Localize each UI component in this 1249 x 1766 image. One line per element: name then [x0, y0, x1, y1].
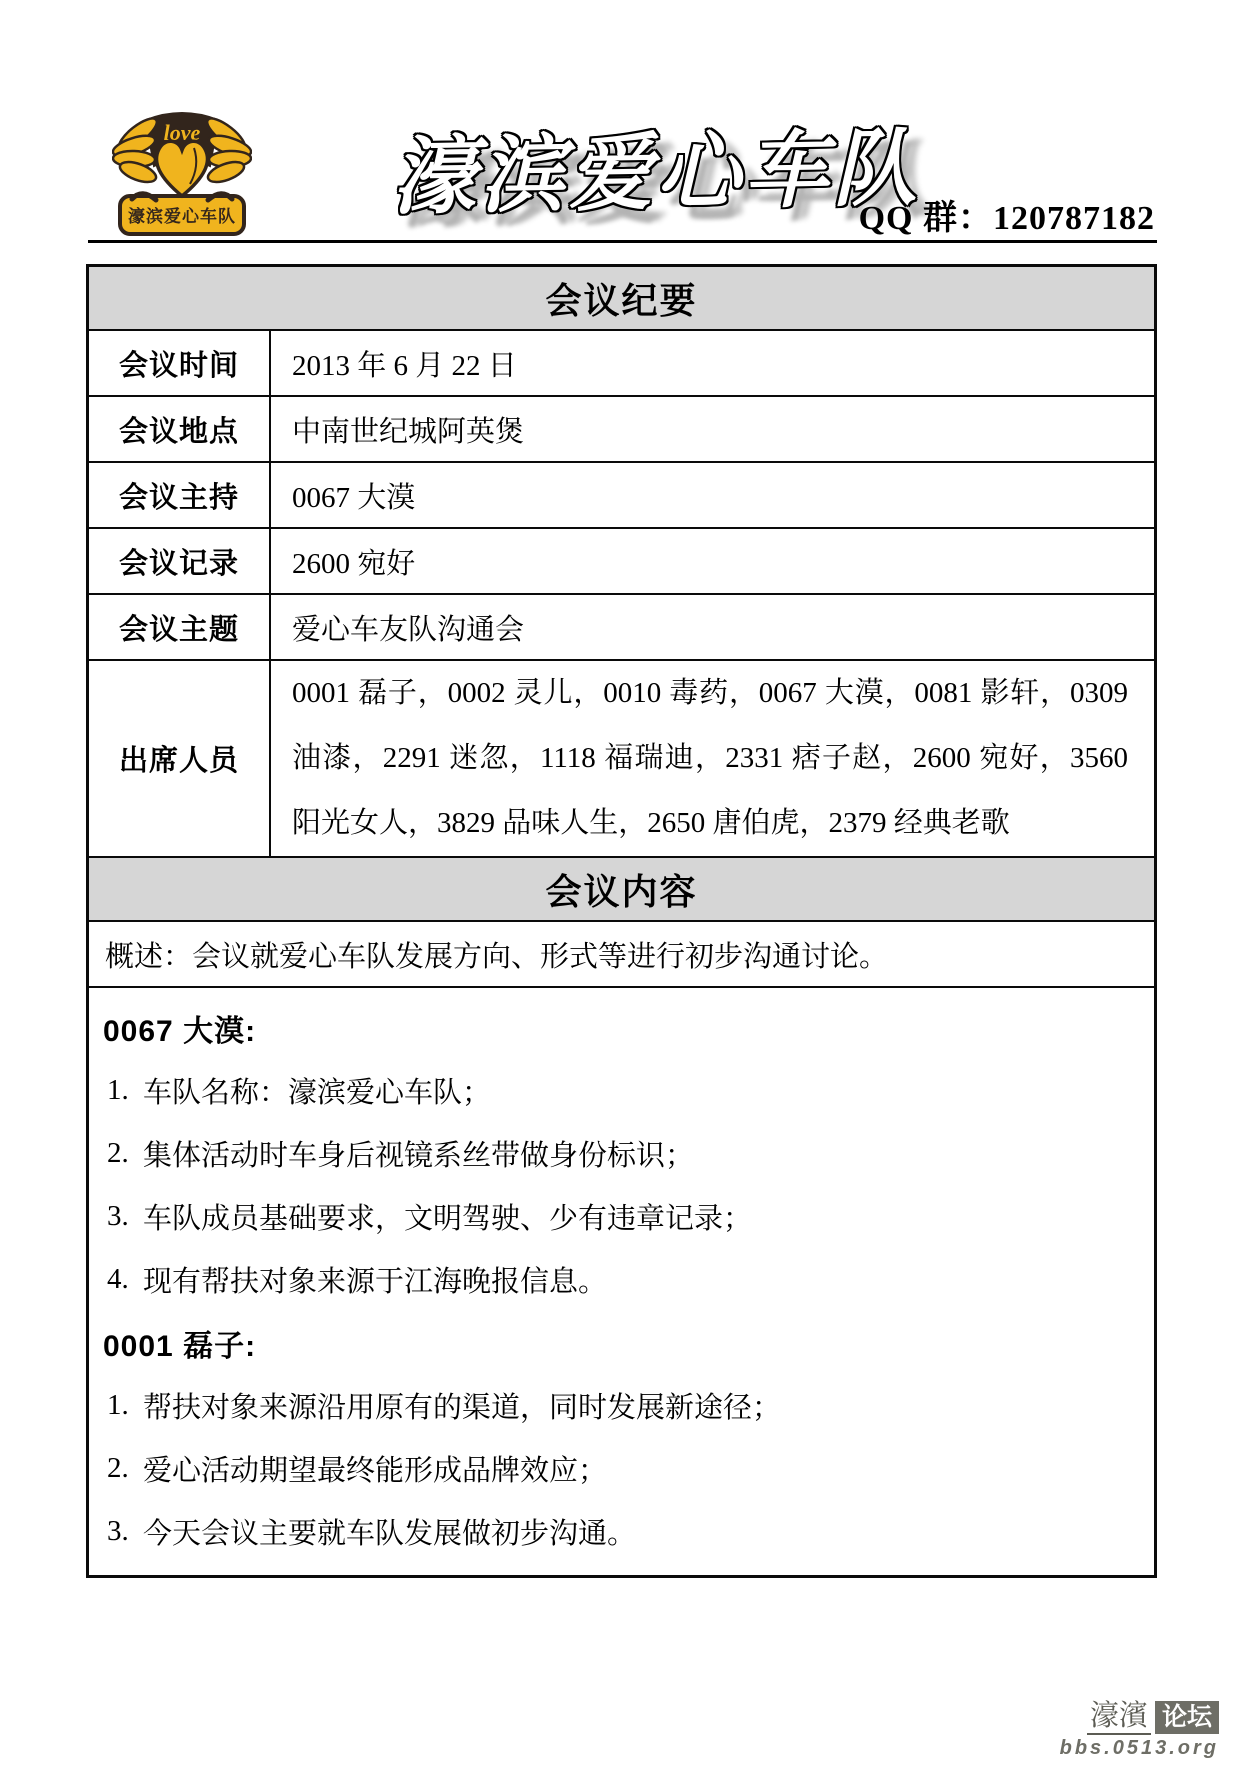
speaker-1-point-2: 3.今天会议主要就车队发展做初步沟通。	[89, 1500, 1154, 1563]
letterhead-title: 濠滨爱心车队	[391, 102, 863, 230]
club-logo: love 濠滨爱心车队	[112, 104, 252, 240]
attendees-line-0: 0001 磊子，0002 灵儿，0010 毒药，0067 大漠，0081 影轩，…	[292, 661, 1128, 726]
point-number: 2.	[107, 1452, 143, 1485]
info-label-0: 会议时间	[89, 331, 271, 395]
point-number: 1.	[107, 1389, 143, 1422]
speaker-0-point-3: 4.现有帮扶对象来源于江海晚报信息。	[89, 1248, 1154, 1311]
point-text: 集体活动时车身后视镜系丝带做身份标识；	[143, 1133, 1154, 1174]
minutes-title-band: 会议纪要	[89, 267, 1154, 331]
forum-url: bbs.0513.org	[1060, 1737, 1219, 1760]
info-label-1: 会议地点	[89, 397, 271, 461]
club-logo-graphic: love 濠滨爱心车队	[112, 104, 252, 240]
overview-row: 概述：会议就爱心车队发展方向、形式等进行初步沟通讨论。	[89, 922, 1154, 988]
info-row-0: 会议时间2013 年 6 月 22 日	[89, 331, 1154, 397]
info-value-4: 爱心车友队沟通会	[271, 595, 1154, 659]
speaker-1-point-1: 2.爱心活动期望最终能形成品牌效应；	[89, 1437, 1154, 1500]
point-number: 4.	[107, 1263, 143, 1296]
forum-tag: 论坛	[1155, 1701, 1219, 1734]
point-number: 2.	[107, 1137, 143, 1170]
qq-group-number: QQ 群：120787182	[859, 190, 1155, 239]
speaker-name-0: 0067 大漠:	[89, 996, 1154, 1059]
point-text: 车队名称：濠滨爱心车队；	[143, 1070, 1154, 1111]
content-title-band: 会议内容	[89, 858, 1154, 922]
point-number: 3.	[107, 1200, 143, 1233]
speaker-0-point-1: 2.集体活动时车身后视镜系丝带做身份标识；	[89, 1122, 1154, 1185]
attendees-line-1: 油漆，2291 迷忽，1118 福瑞迪，2331 痞子赵，2600 宛好，356…	[292, 726, 1128, 791]
attendees-line-2: 阳光女人，3829 品味人生，2650 唐伯虎，2379 经典老歌	[292, 791, 1128, 856]
speaker-0-point-0: 1.车队名称：濠滨爱心车队；	[89, 1059, 1154, 1122]
info-row-1: 会议地点中南世纪城阿英煲	[89, 397, 1154, 463]
attendees-label: 出席人员	[89, 661, 271, 856]
point-number: 3.	[107, 1515, 143, 1548]
info-value-1: 中南世纪城阿英煲	[271, 397, 1154, 461]
point-text: 现有帮扶对象来源于江海晚报信息。	[143, 1259, 1154, 1300]
logo-heart	[157, 141, 208, 196]
attendees-list: 0001 磊子，0002 灵儿，0010 毒药，0067 大漠，0081 影轩，…	[271, 661, 1154, 856]
speaker-1-point-0: 1.帮扶对象来源沿用原有的渠道，同时发展新途径；	[89, 1374, 1154, 1437]
forum-watermark-top: 濠濱 论坛	[1060, 1700, 1219, 1735]
info-row-4: 会议主题爱心车友队沟通会	[89, 595, 1154, 661]
speaker-0-point-2: 3.车队成员基础要求，文明驾驶、少有违章记录；	[89, 1185, 1154, 1248]
point-number: 1.	[107, 1074, 143, 1107]
info-label-4: 会议主题	[89, 595, 271, 659]
info-value-2: 0067 大漠	[271, 463, 1154, 527]
point-text: 今天会议主要就车队发展做初步沟通。	[143, 1511, 1154, 1552]
speaker-name-1: 0001 磊子:	[89, 1311, 1154, 1374]
info-value-0: 2013 年 6 月 22 日	[271, 331, 1154, 395]
info-row-2: 会议主持0067 大漠	[89, 463, 1154, 529]
content-body: 0067 大漠:1.车队名称：濠滨爱心车队；2.集体活动时车身后视镜系丝带做身份…	[89, 988, 1154, 1575]
forum-watermark: 濠濱 论坛 bbs.0513.org	[1060, 1700, 1219, 1760]
info-label-3: 会议记录	[89, 529, 271, 593]
attendees-row: 出席人员 0001 磊子，0002 灵儿，0010 毒药，0067 大漠，008…	[89, 661, 1154, 858]
point-text: 爱心活动期望最终能形成品牌效应；	[143, 1448, 1154, 1489]
letterhead-divider	[88, 240, 1157, 243]
meeting-minutes-table: 会议纪要 会议时间2013 年 6 月 22 日会议地点中南世纪城阿英煲会议主持…	[86, 264, 1157, 1578]
info-rows: 会议时间2013 年 6 月 22 日会议地点中南世纪城阿英煲会议主持0067 …	[89, 331, 1154, 661]
info-value-3: 2600 宛好	[271, 529, 1154, 593]
point-text: 车队成员基础要求，文明驾驶、少有违章记录；	[143, 1196, 1154, 1237]
info-row-3: 会议记录2600 宛好	[89, 529, 1154, 595]
forum-name: 濠濱	[1087, 1700, 1151, 1735]
logo-banner-text: 濠滨爱心车队	[128, 206, 236, 226]
document-page: love 濠滨爱心车队 濠滨爱心车队 QQ 群：120787182 会议纪要 会…	[0, 0, 1249, 1766]
point-text: 帮扶对象来源沿用原有的渠道，同时发展新途径；	[143, 1385, 1154, 1426]
info-label-2: 会议主持	[89, 463, 271, 527]
